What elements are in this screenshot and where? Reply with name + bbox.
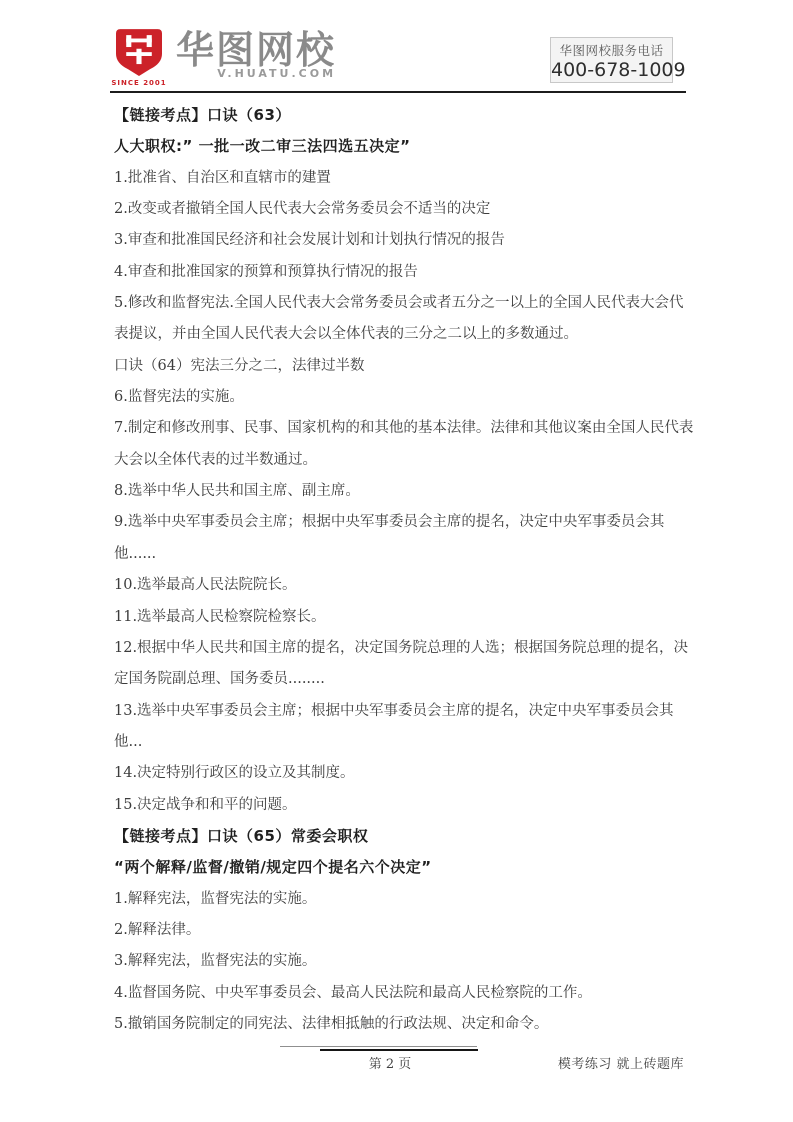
paragraph: 2.改变或者撤销全国人民代表大会常务委员会不适当的决定 [114, 194, 690, 225]
logo-shield-column: SINCE 2001 [114, 29, 164, 87]
text-line: 表提议，并由全国人民代表大会以全体代表的三分之二以上的多数通过。 [114, 319, 690, 350]
phone-number: 400-678-1009 [551, 59, 672, 81]
text-line: 1.批准省、自治区和直辖市的建置 [114, 163, 690, 194]
paragraph: 1.批准省、自治区和直辖市的建置 [114, 163, 690, 194]
paragraph: 11.选举最高人民检察院检察长。 [114, 602, 690, 633]
brand-domain: V.HUATU.COM [217, 67, 336, 80]
heading-paragraph: 【链接考点】口诀（65）常委会职权 [114, 821, 690, 852]
text-line: 9.选举中央军事委员会主席；根据中央军事委员会主席的提名，决定中央军事委员会其 [114, 507, 690, 538]
text-line: 7.制定和修改刑事、民事、国家机构的和其他的基本法律。法律和其他议案由全国人民代… [114, 413, 690, 444]
paragraph: 2.解释法律。 [114, 915, 690, 946]
paragraph: 12.根据中华人民共和国主席的提名，决定国务院总理的人选；根据国务院总理的提名，… [114, 633, 690, 696]
text-line: 12.根据中华人民共和国主席的提名，决定国务院总理的人选；根据国务院总理的提名，… [114, 633, 690, 664]
paragraph: 4.审查和批准国家的预算和预算执行情况的报告 [114, 257, 690, 288]
phone-label: 华图网校服务电话 [551, 42, 672, 59]
text-line: 4.监督国务院、中央军事委员会、最高人民法院和最高人民检察院的工作。 [114, 978, 690, 1009]
text-line: 【链接考点】口诀（65）常委会职权 [114, 821, 690, 852]
paragraph: 6.监督宪法的实施。 [114, 382, 690, 413]
text-line: 3.解释宪法，监督宪法的实施。 [114, 946, 690, 977]
text-line: 11.选举最高人民检察院检察长。 [114, 602, 690, 633]
paragraph: 5.修改和监督宪法.全国人民代表大会常务委员会或者五分之一以上的全国人民代表大会… [114, 288, 690, 351]
text-line: 5.撤销国务院制定的同宪法、法律相抵触的行政法规、决定和命令。 [114, 1009, 690, 1040]
footer-divider-thin [280, 1046, 477, 1047]
huatu-logo: SINCE 2001 华图网校 V.HUATU.COM [114, 29, 336, 87]
paragraph: 9.选举中央军事委员会主席；根据中央军事委员会主席的提名，决定中央军事委员会其他… [114, 507, 690, 570]
text-line: 2.解释法律。 [114, 915, 690, 946]
service-phone-box: 华图网校服务电话 400-678-1009 [550, 37, 673, 83]
text-line: 15.决定战争和和平的问题。 [114, 790, 690, 821]
text-line: 4.审查和批准国家的预算和预算执行情况的报告 [114, 257, 690, 288]
text-line: “两个解释/监督/撤销/规定四个提名六个决定” [114, 852, 690, 883]
document-page: SINCE 2001 华图网校 V.HUATU.COM 华图网校服务电话 400… [0, 0, 793, 1122]
text-line: 8.选举中华人民共和国主席、副主席。 [114, 476, 690, 507]
text-line: 【链接考点】口诀（63） [114, 100, 690, 131]
brand-name: 华图网校 [176, 29, 336, 71]
text-line: 3.审查和批准国民经济和社会发展计划和计划执行情况的报告 [114, 225, 690, 256]
text-line: 口诀（64）宪法三分之二，法律过半数 [114, 351, 690, 382]
text-line: 他...... [114, 539, 690, 570]
footer-slogan: 模考练习 就上砖题库 [558, 1053, 684, 1072]
header-divider [110, 91, 686, 93]
paragraph: 1.解释宪法，监督宪法的实施。 [114, 884, 690, 915]
paragraph: 5.撤销国务院制定的同宪法、法律相抵触的行政法规、决定和命令。 [114, 1009, 690, 1040]
paragraph: 8.选举中华人民共和国主席、副主席。 [114, 476, 690, 507]
document-body: 【链接考点】口诀（63）人大职权:” 一批一改二审三法四选五决定”1.批准省、自… [114, 100, 690, 1040]
heading-paragraph: “两个解释/监督/撤销/规定四个提名六个决定” [114, 852, 690, 883]
paragraph: 4.监督国务院、中央军事委员会、最高人民法院和最高人民检察院的工作。 [114, 978, 690, 1009]
paragraph: 3.解释宪法，监督宪法的实施。 [114, 946, 690, 977]
text-line: 13.选举中央军事委员会主席；根据中央军事委员会主席的提名，决定中央军事委员会其 [114, 696, 690, 727]
text-line: 定国务院副总理、国务委员........ [114, 664, 690, 695]
text-line: 1.解释宪法，监督宪法的实施。 [114, 884, 690, 915]
footer-divider-thick [320, 1049, 478, 1051]
text-line: 5.修改和监督宪法.全国人民代表大会常务委员会或者五分之一以上的全国人民代表大会… [114, 288, 690, 319]
huatu-shield-icon [116, 29, 162, 77]
page-number: 第 2 页 [290, 1053, 490, 1072]
text-line: 大会以全体代表的过半数通过。 [114, 445, 690, 476]
logo-since-label: SINCE 2001 [111, 79, 166, 87]
paragraph: 10.选举最高人民法院院长。 [114, 570, 690, 601]
paragraph: 13.选举中央军事委员会主席；根据中央军事委员会主席的提名，决定中央军事委员会其… [114, 696, 690, 759]
paragraph: 口诀（64）宪法三分之二，法律过半数 [114, 351, 690, 382]
text-line: 6.监督宪法的实施。 [114, 382, 690, 413]
paragraph: 7.制定和修改刑事、民事、国家机构的和其他的基本法律。法律和其他议案由全国人民代… [114, 413, 690, 476]
text-line: 10.选举最高人民法院院长。 [114, 570, 690, 601]
heading-paragraph: 人大职权:” 一批一改二审三法四选五决定” [114, 131, 690, 162]
heading-paragraph: 【链接考点】口诀（63） [114, 100, 690, 131]
paragraph: 15.决定战争和和平的问题。 [114, 790, 690, 821]
text-line: 14.决定特别行政区的设立及其制度。 [114, 758, 690, 789]
paragraph: 3.审查和批准国民经济和社会发展计划和计划执行情况的报告 [114, 225, 690, 256]
text-line: 他... [114, 727, 690, 758]
text-line: 人大职权:” 一批一改二审三法四选五决定” [114, 131, 690, 162]
logo-brand-column: 华图网校 V.HUATU.COM [176, 29, 336, 80]
paragraph: 14.决定特别行政区的设立及其制度。 [114, 758, 690, 789]
text-line: 2.改变或者撤销全国人民代表大会常务委员会不适当的决定 [114, 194, 690, 225]
